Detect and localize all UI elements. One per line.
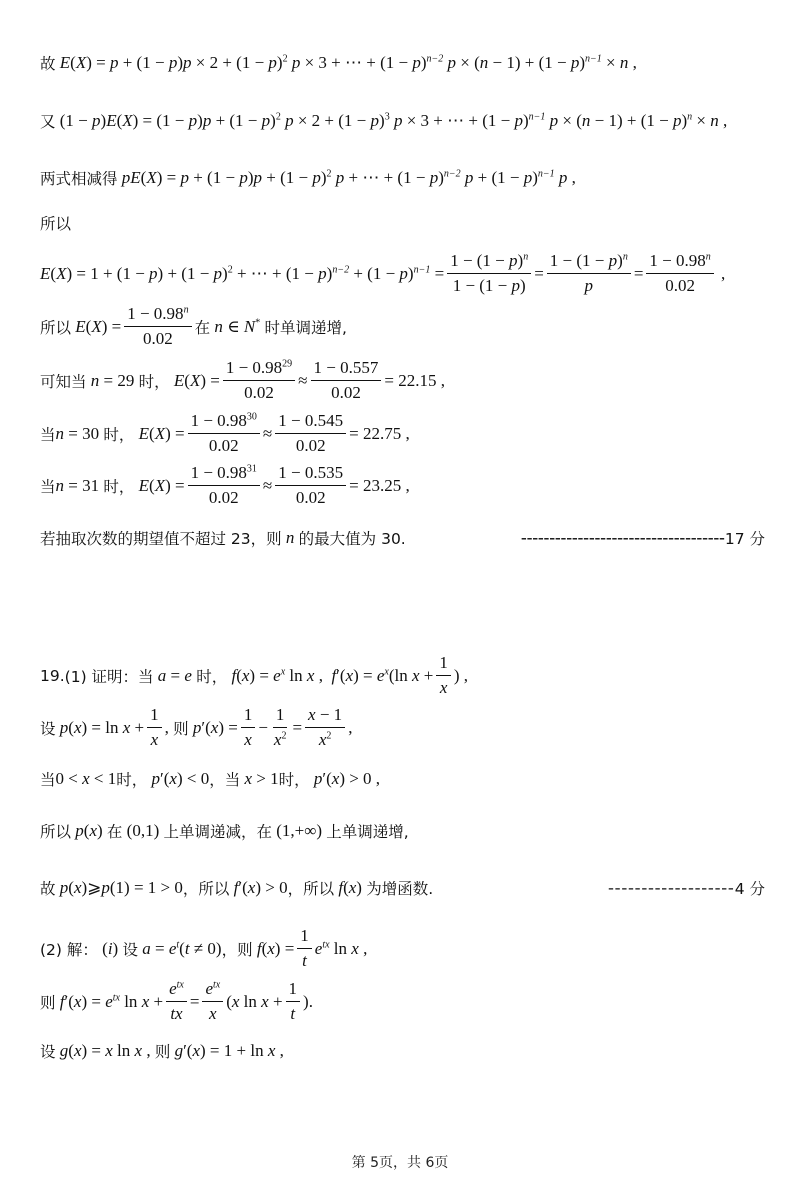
label-suoyi: 所以 — [40, 316, 71, 338]
label-zai: 在 — [107, 820, 123, 842]
fraction: 1 − 0.98310.02 — [188, 462, 260, 509]
label-shi: 时， — [103, 423, 134, 445]
result-value: 22.15 — [398, 371, 436, 390]
score-4: 4 分 — [735, 877, 765, 899]
equation-line-7: 可知当 n = 29 时， E(X) = 1 − 0.98290.02 ≈ 1 … — [40, 357, 445, 404]
equation-line-11: 19. (1) 证明：当 a = e 时， f(x) = ex ln x , f… — [40, 652, 468, 699]
equation-line-17: 则 f′(x) = etx ln x + etxtx = etxx (x ln … — [40, 978, 313, 1025]
equation-line-12: 设 p(x) = ln x + 1x , 则 p′(x) = 1x − 1x2 … — [40, 704, 352, 751]
label-shi: 时， — [103, 475, 134, 497]
fraction: 1t — [297, 925, 312, 972]
label-she: 设 — [40, 717, 56, 739]
fraction: 1 − 0.98290.02 — [223, 357, 295, 404]
math-expression: E(X) = p + (1 − p)p × 2 + (1 − p)2 p × 3… — [56, 53, 637, 73]
n-value: 31 — [82, 476, 99, 495]
label-kezhi: 可知当 — [40, 370, 87, 392]
equation-line-16: (2) 解： (i) 设 a = et(t ≠ 0) ，则 f(x) = 1t … — [40, 925, 367, 972]
equation-line-9: 当 n = 31 时， E(X) = 1 − 0.98310.02 ≈ 1 − … — [40, 462, 410, 509]
label-suoyi: ，所以 — [183, 877, 230, 899]
label-increasing: 上单调递增, — [326, 820, 408, 842]
fraction: 1x2 — [271, 704, 290, 751]
label-ze: ，则 — [222, 938, 253, 960]
equation-line-1: 故 E(X) = p + (1 − p)p × 2 + (1 − p)2 p ×… — [40, 52, 637, 74]
fraction: x − 1x2 — [305, 704, 345, 751]
label-shi: 时， — [116, 768, 147, 790]
score-17: 17 分 — [725, 527, 765, 549]
fraction: 1x — [147, 704, 162, 751]
equation-line-15: 故 p(x)⩾p(1) = 1 > 0 ，所以 f′(x) > 0 ，所以 f(… — [40, 877, 765, 899]
label-part1: (1) 证明：当 — [65, 665, 154, 687]
text-line-4: 所以 — [40, 212, 71, 234]
approx-value: 0.535 — [305, 463, 343, 482]
fraction: etxx — [202, 978, 223, 1025]
equation-line-18: 设 g(x) = x ln x , 则 g′(x) = 1 + ln x , — [40, 1040, 284, 1062]
label-dang: 当 — [40, 768, 56, 790]
label-suoyi: 所以 — [40, 212, 71, 234]
label-suoyi: 所以 — [40, 820, 71, 842]
result-value: 23.25 — [363, 476, 401, 495]
n-value: 30 — [82, 424, 99, 443]
equation-line-6: 所以 E(X) = 1 − 0.98n0.02 在 n ∈ N* 时单调递增, — [40, 303, 347, 350]
math-expression: E(X) = 1 + (1 − p) + (1 − p)2 + ⋯ + (1 −… — [40, 264, 444, 284]
label-ze: 则 — [40, 991, 56, 1013]
fraction: 1t — [286, 978, 301, 1025]
label-dang: ，当 — [209, 768, 240, 790]
approx-value: 0.545 — [305, 411, 343, 430]
score-dashes: ------------------- — [433, 878, 735, 898]
n-value: 29 — [117, 371, 134, 390]
label-decreasing: 上单调递减，在 — [164, 820, 273, 842]
fraction: 1 − (1 − p)np — [547, 250, 631, 297]
fraction: 1 − 0.5350.02 — [275, 462, 346, 509]
page-footer: 第 5页，共 6页 — [0, 1152, 800, 1172]
equation-line-5: E(X) = 1 + (1 − p) + (1 − p)2 + ⋯ + (1 −… — [40, 250, 725, 297]
equation-line-8: 当 n = 30 时， E(X) = 1 − 0.98300.02 ≈ 1 − … — [40, 410, 410, 457]
label-liangshi: 两式相减得 — [40, 167, 118, 189]
fraction: 1x — [436, 652, 451, 699]
problem-number: 19. — [40, 667, 65, 685]
label-conclusion: 若抽取次数的期望值不超过 23，则 — [40, 527, 282, 549]
label-dang: 当 — [40, 423, 56, 445]
label-gu: 故 — [40, 877, 56, 899]
fraction: 1 − (1 − p)n1 − (1 − p) — [447, 250, 531, 297]
equation-line-2: 又 (1 − p)E(X) = (1 − p)p + (1 − p)2 p × … — [40, 110, 727, 132]
fraction: 1 − 0.5570.02 — [311, 357, 382, 404]
label-ze: 则 — [155, 1040, 171, 1062]
label-shi: 时， — [279, 768, 310, 790]
label-suoyi: ，所以 — [288, 877, 335, 899]
fraction: etxtx — [166, 978, 187, 1025]
equation-line-3: 两式相减得 pE(X) = p + (1 − p)p + (1 − p)2 p … — [40, 167, 576, 189]
label-she: 设 — [40, 1040, 56, 1062]
equation-line-14: 所以 p(x) 在 (0,1) 上单调递减，在 (1,+∞) 上单调递增, — [40, 820, 409, 842]
score-dashes: ------------------------------------ — [406, 528, 725, 548]
math-expression: (1 − p)E(X) = (1 − p)p + (1 − p)2 p × 2 … — [56, 111, 728, 131]
label-shi: 时， — [196, 665, 227, 687]
label-dang: 当 — [40, 475, 56, 497]
label-you: 又 — [40, 110, 56, 132]
equation-line-13: 当 0 < x < 1 时， p′(x) < 0 ，当 x > 1 时， p′(… — [40, 768, 380, 790]
fraction: 1 − 0.98300.02 — [188, 410, 260, 457]
result-value: 22.75 — [363, 424, 401, 443]
label-increasing-function: 为增函数. — [366, 877, 433, 899]
label-shi: 时单调递增, — [265, 316, 347, 338]
conclusion-line: 若抽取次数的期望值不超过 23，则 n 的最大值为 30. ----------… — [40, 527, 765, 549]
label-part2: (2) 解： — [40, 938, 98, 960]
fraction: 1x — [241, 704, 256, 751]
fraction: 1 − 0.98n0.02 — [124, 303, 191, 350]
approx-value: 0.557 — [340, 358, 378, 377]
fraction: 1 − 0.5450.02 — [275, 410, 346, 457]
math-expression: pE(X) = p + (1 − p)p + (1 − p)2 p + ⋯ + … — [118, 168, 576, 188]
label-zai: 在 — [195, 316, 211, 338]
label-she: 设 — [122, 938, 138, 960]
label-gu: 故 — [40, 52, 56, 74]
fraction: 1 − 0.98n0.02 — [646, 250, 713, 297]
label-max: 的最大值为 30. — [299, 527, 406, 549]
label-shi: 时， — [139, 370, 170, 392]
label-ze: 则 — [173, 717, 189, 739]
